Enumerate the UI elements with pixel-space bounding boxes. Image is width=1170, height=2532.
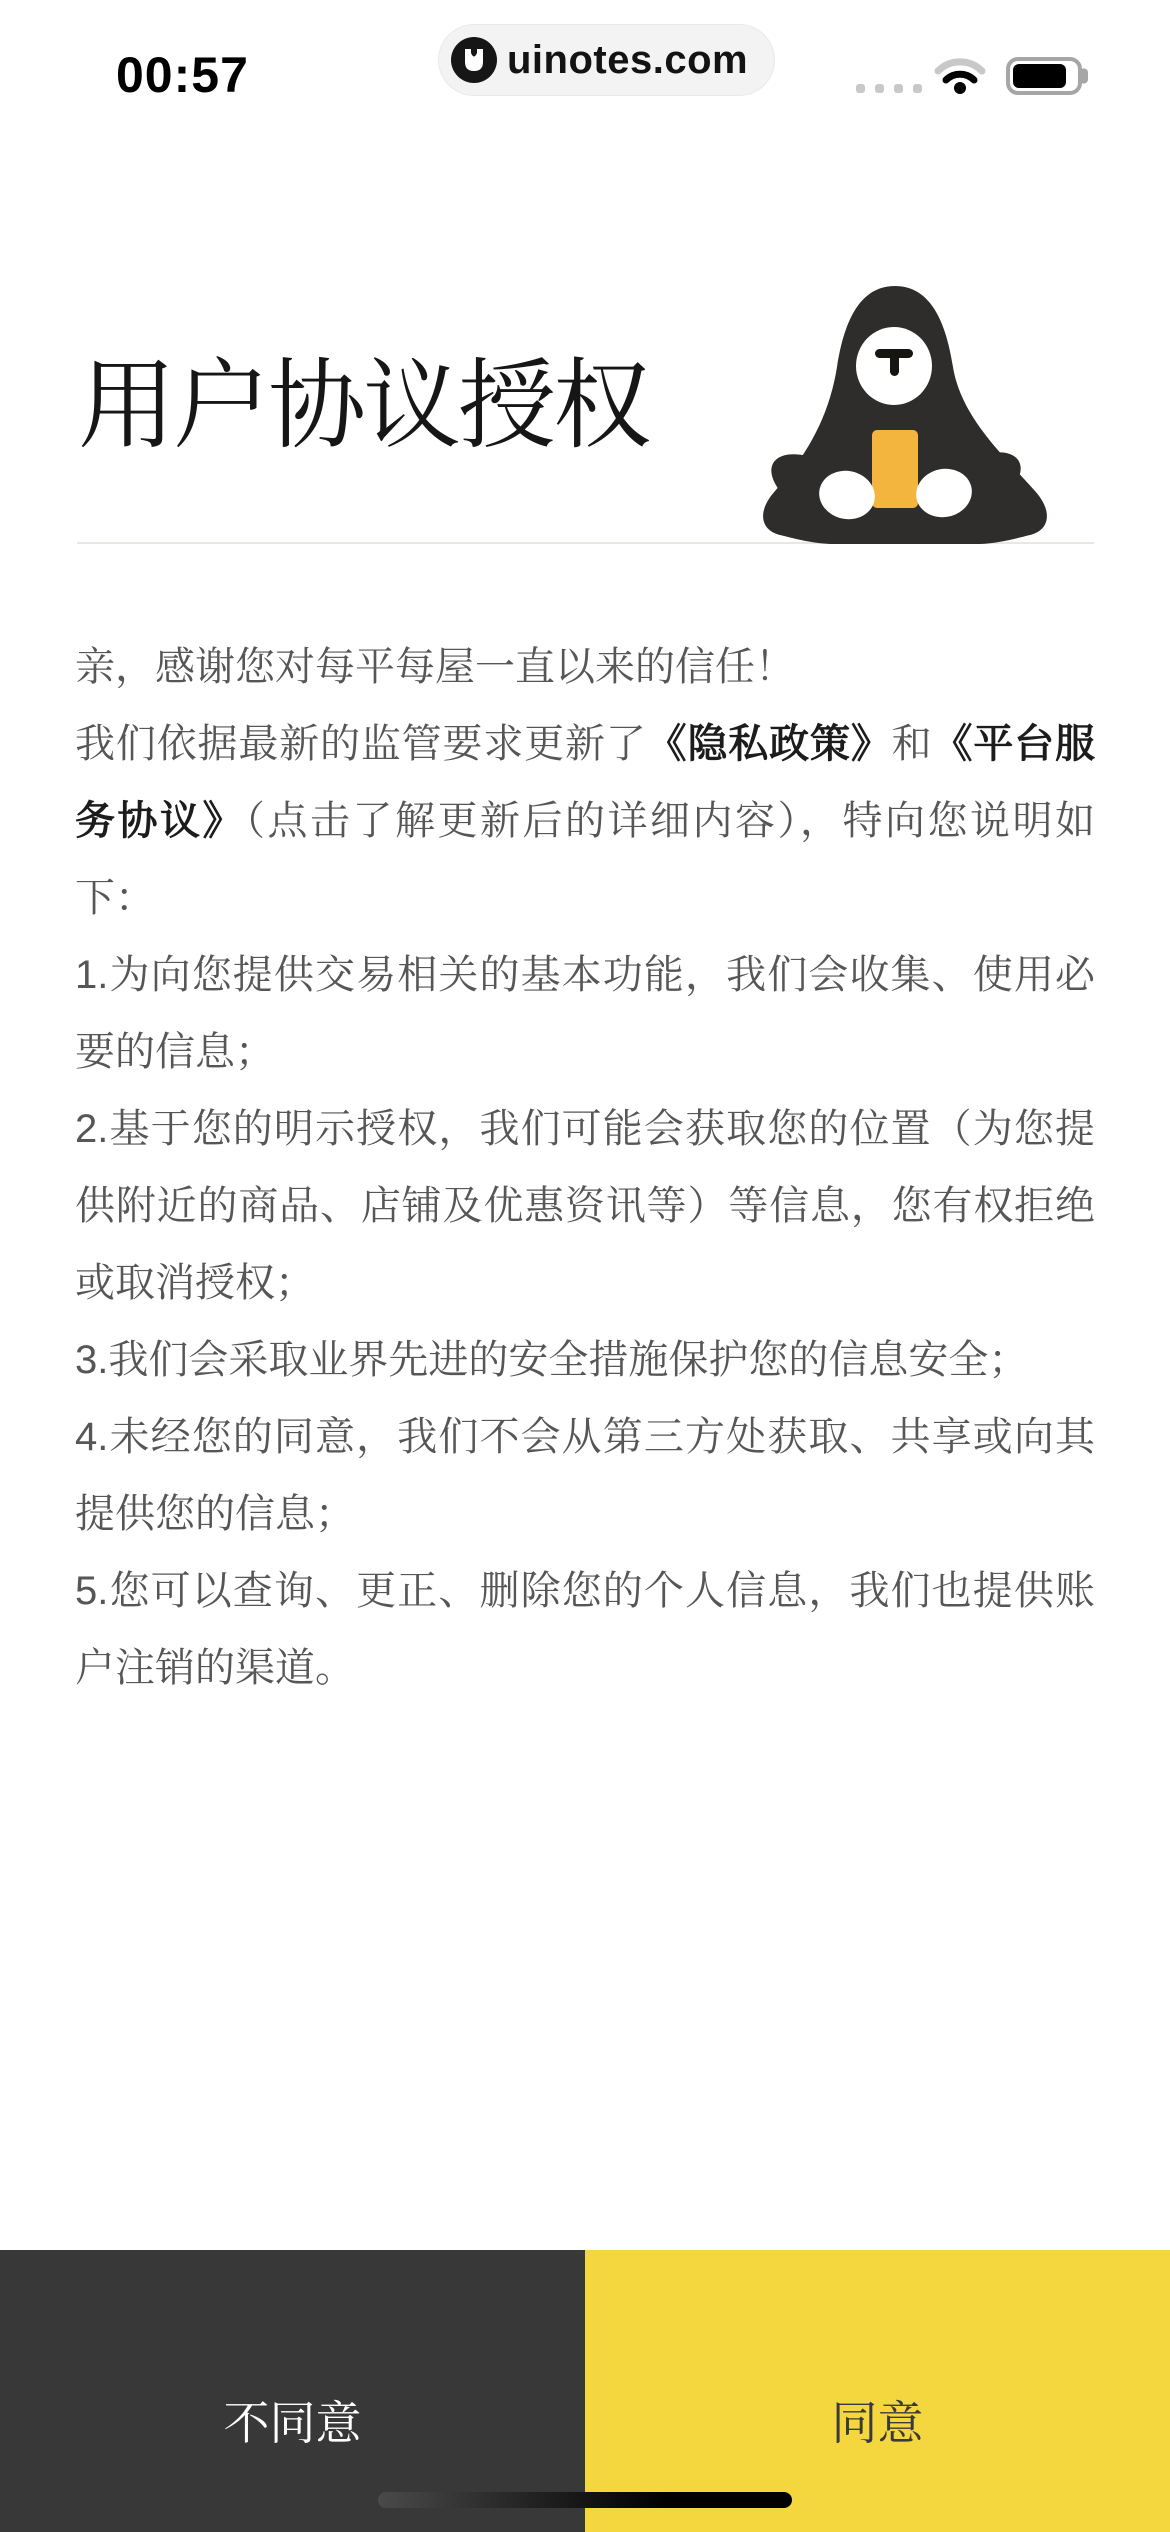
mascot-illustration bbox=[750, 283, 1060, 549]
battery-icon bbox=[1006, 57, 1082, 95]
battery-nub bbox=[1082, 69, 1088, 84]
watermark-pill: uinotes.com bbox=[438, 24, 775, 96]
privacy-policy-link[interactable]: 《隐私政策》 bbox=[647, 722, 892, 766]
agreement-item-4: 4.未经您的同意，我们不会从第三方处获取、共享或向其提供您的信息； bbox=[75, 1399, 1095, 1553]
agreement-item-3: 3.我们会采取业界先进的安全措施保护您的信息安全； bbox=[75, 1322, 1095, 1399]
uinotes-logo-icon bbox=[451, 37, 497, 83]
agreement-intro: 我们依据最新的监管要求更新了《隐私政策》和《平台服务协议》（点击了解更新后的详细… bbox=[75, 706, 1095, 937]
footer-button-bar: 不同意 同意 bbox=[0, 2250, 1170, 2532]
agreement-item-1: 1.为向您提供交易相关的基本功能，我们会收集、使用必要的信息； bbox=[75, 937, 1095, 1091]
agree-button[interactable]: 同意 bbox=[585, 2250, 1170, 2532]
disagree-button[interactable]: 不同意 bbox=[0, 2250, 585, 2532]
watermark-text: uinotes.com bbox=[507, 38, 748, 83]
agreement-text: 亲，感谢您对每平每屋一直以来的信任！ 我们依据最新的监管要求更新了《隐私政策》和… bbox=[75, 629, 1095, 1707]
wifi-icon bbox=[933, 56, 987, 99]
battery-fill bbox=[1013, 64, 1066, 88]
page-title: 用户协议授权 bbox=[78, 352, 648, 460]
signal-dots-icon bbox=[856, 84, 922, 93]
mascot-card bbox=[872, 430, 918, 508]
agreement-greeting: 亲，感谢您对每平每屋一直以来的信任！ bbox=[75, 629, 1095, 706]
status-bar-time: 00:57 bbox=[116, 46, 266, 104]
agreement-item-2: 2.基于您的明示授权，我们可能会获取您的位置（为您提供附近的商品、店铺及优惠资讯… bbox=[75, 1091, 1095, 1322]
home-indicator[interactable] bbox=[378, 2492, 792, 2508]
agreement-item-5: 5.您可以查询、更正、删除您的个人信息，我们也提供账户注销的渠道。 bbox=[75, 1553, 1095, 1707]
screen: 00:57 uinotes.com 用户协议授权 bbox=[0, 0, 1170, 2532]
